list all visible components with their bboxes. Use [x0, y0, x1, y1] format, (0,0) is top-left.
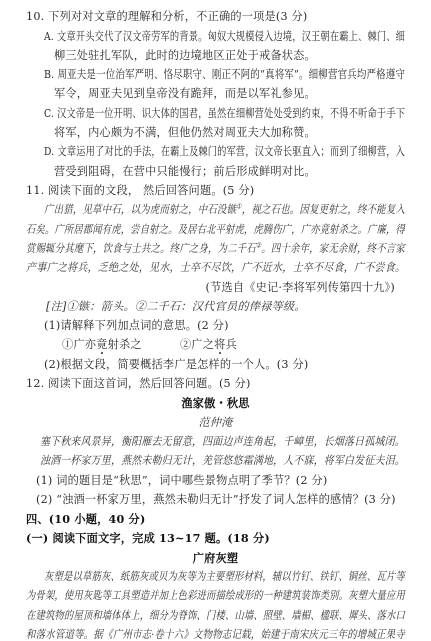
item-text: ②广之	[180, 338, 214, 351]
poem-line-1: 塞下秋来风景异，衡阳雁去无留意，四面边声连角起，千嶂里，长烟落日孤城闭。	[40, 435, 405, 449]
q12-sub1: (1) 词的题目是“秋思”，词中哪些景物点明了季节？(2 分)	[36, 474, 327, 488]
q10-option-a-cont: 柳三处驻扎军队，此时的边境地区正处于戒备状态。	[54, 49, 316, 63]
dotted-word: 竟	[96, 338, 107, 351]
article-para-line-3: 在建筑物的屋顶和墙体体上，细分为脊饰、门楼、山墙、照壁、墙楣、楹联、墀头、落水口	[26, 609, 405, 623]
q11-source: (节选自《史记·李将军列传第四十九》)	[206, 281, 396, 295]
passage-text: 。四十余年，家无余财，终不言家	[261, 242, 405, 255]
poem-title: 渔家傲・秋思	[0, 396, 431, 410]
q11-passage-line-1: 广出猎，见草中石，以为虎而射之，中石没镞①，视之石也。因复更射之，终不能复入	[44, 203, 405, 217]
section-4-heading: 四、(10 小题，40 分)	[26, 512, 145, 526]
q12-stem: 12. 阅读下面这首词，然后回答问题。(5 分)	[26, 377, 251, 391]
q10-option-d: D. 文章运用了对比的手法，在霸上及棘门的军营，汉文帝长驱直入；而到了细柳营，入	[44, 145, 405, 159]
item-text: 兵	[226, 338, 237, 351]
article-title: 广府灰塑	[0, 551, 431, 565]
q10-stem: 10. 下列对对文章的理解和分析，不正确的一项是(3 分)	[26, 10, 308, 24]
passage-text: 广出猎，见草中石，以为虎而射之，中石没镞	[44, 203, 236, 216]
q11-stem: 11. 阅读下面的文段， 然后回答问题。(5 分)	[26, 184, 254, 198]
item-text: ①广亦	[62, 338, 96, 351]
q11-annotation: [注]①镞：箭头。②二千石：汉代官员的俸禄等级。	[46, 300, 306, 314]
q11-passage-line-3: 赏赐辄分其麾下，饮食与士共之。终广之身，为二千石②。四十余年，家无余财，终不言家	[26, 242, 405, 256]
q11-sub1-item-1: ①广亦竟射杀之	[62, 338, 142, 352]
q11-sub1-item-2: ②广之将兵	[180, 338, 237, 352]
passage-text: ，视之石也。因复更射之，终不能复入	[242, 203, 405, 216]
q10-option-b: B. 周亚夫是一位治军严明、恪尽职守、刚正不阿的“真将军”。细柳营官兵均严格遵守	[44, 68, 405, 82]
article-para-line-1: 灰塑是以草筋灰、纸筋灰或贝为灰等为主要塑形材料，辅以竹钉、铁钉、铜丝、瓦片等	[44, 570, 405, 584]
q10-option-b-cont: 军令，周亚夫见到皇帝没有跪拜，而是以军礼参见。	[54, 87, 316, 101]
item-text: 射杀之	[108, 338, 142, 351]
section-4-sub-heading: (一) 阅读下面文字，完成 13~17 题。(18 分)	[26, 531, 270, 545]
q10-option-a: A. 文章开头交代了汉文帝劳军的背景。匈奴大规模侵入边境，汉王朝在霸上、棘门、细	[44, 30, 405, 44]
q10-option-c-cont: 将军，内心颇为不满，但他仍然对周亚夫大加称赞。	[54, 126, 316, 140]
q11-sub2: (2)根据文段，简要概括李广是怎样的一个人。(3 分)	[44, 358, 308, 372]
q11-passage-line-4: 产事广之将兵，乏绝之处，见水，士卒不尽饮，广不近水，士卒不尽食，广不尝食。	[26, 261, 405, 275]
q10-option-d-cont: 营受到阻碍，在营中只能慢行；前后形成鲜明对比。	[54, 165, 316, 179]
article-para-line-2: 为骨架，使用灰匙等工具塑造并加上色彩进而描绘成形的一种建筑装饰类别。灰塑大量应用	[26, 589, 405, 603]
q11-sub1: (1)请解释下列加点词的意思。(2 分)	[44, 319, 229, 333]
poem-author: 范仲淹	[0, 416, 431, 430]
q11-passage-line-2: 石矣。广所居郡闻有虎，尝自射之。及居右北平射虎，虎腾伤广，广亦竟射杀之。广廉，得	[26, 223, 405, 237]
poem-line-2: 浊酒一杯家万里，燕然未勒归无计，羌管悠悠霜满地，人不寐，将军白发征夫泪。	[40, 454, 405, 468]
passage-text: 赏赐辄分其麾下，饮食与士共之。终广之身，为二千石	[26, 242, 256, 255]
q10-option-c: C. 汉文帝是一位开明、识大体的国君，虽然在细柳营处处受到约束，不得不听命于手下	[44, 107, 405, 121]
article-para-line-4: 和落水管道等。据《广州市志·卷十六》文物物志记载，始建于南宋庆元三年的增城正果寺	[26, 628, 405, 641]
dotted-word: 将	[214, 338, 225, 351]
q12-sub2: (2) “浊酒一杯家万里，燕然未勒归无计”抒发了词人怎样的感情？(3 分)	[36, 493, 396, 507]
